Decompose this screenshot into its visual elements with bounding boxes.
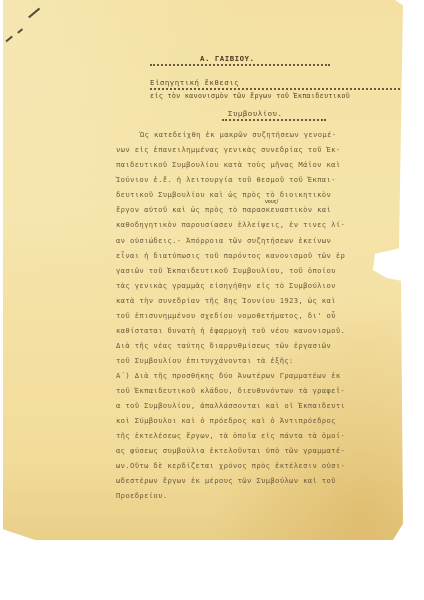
title-line-3: Συμβουλίου. <box>228 109 282 118</box>
author-underline <box>150 64 330 66</box>
body-line: καθοδηγητικὸν παρουσίασεν ἐλλείψεις, ἐν … <box>116 220 345 230</box>
body-line: Προεδρείου. <box>116 491 167 501</box>
body-line: εἶναι ἡ διατύπωσις τοῦ παρόντος κανονισμ… <box>116 251 345 261</box>
body-line: Διὰ τῆς νέας ταύτης διαρρυθμίσεως τῶν ἐρ… <box>116 341 331 351</box>
body-line: ωδεστέρων ἔργων ἐκ μέρους τῶν Συμβούλων … <box>116 476 336 486</box>
body-line: Α΄) Διὰ τῆς προσθήκης δύο Ἀνωτέρων Γραμμ… <box>116 371 341 381</box>
body-line: ων.Οὕτω δὲ κερδίζεται χρόνος πρὸς ἐκτέλε… <box>116 461 345 471</box>
body-line: ἔργον αὐτοῦ καὶ ὡς πρὸς τὸ παρασκευαστικ… <box>116 205 331 215</box>
author-heading: Α. ΓΑΙΒΙΟΥ. <box>200 54 254 63</box>
body-line: Ἰούνιον ἐ.ἔ. ἡ λειτουργία τοῦ θεσμοῦ τοῦ… <box>116 175 336 185</box>
body-line: τῆς ἐκτελέσεως ἔργων, τὰ ὁποῖα εἰς πάντα… <box>116 431 345 441</box>
body-line: α τοῦ Συμβουλίου, ἀπαλλάσσονται καὶ οἱ Ἐ… <box>116 401 345 411</box>
body-line: αν οὐσιώδεις.- Ἀπόρροια τῶν συζητήσεων ἐ… <box>116 236 331 246</box>
body-line: κοὶ Σύμβουλοι καὶ ὁ πρόεδρος καὶ ὁ Ἀντιπ… <box>116 416 336 426</box>
body-line: καθίσταται δυνατὴ ἡ ἐφαρμογὴ τοῦ νέου κα… <box>116 326 345 336</box>
pencil-mark <box>5 36 12 42</box>
body-line: Ὡς κατεδείχθη ἐκ μακρῶν συζητήσεων γενομ… <box>140 130 336 140</box>
title-underline <box>150 88 400 90</box>
pencil-mark <box>28 8 40 18</box>
body-line: τοῦ Συμβουλίου ἐπιτυγχάνονται τὰ ἑξῆς: <box>116 356 294 366</box>
body-line: παιδευτικοῦ Συμβουλίου κατὰ τοὺς μῆνας Μ… <box>116 160 341 170</box>
title-line-1: Εἰσηγητική ἔκθεσις <box>150 78 239 87</box>
body-line: ας φύσεως συμβούλια ἐκτελοῦνται ὑπὸ τῶν … <box>116 446 345 456</box>
title-line-2: εἰς τὸν κανονισμὸν τῶν ἔργων τοῦ Ἐκπαιδε… <box>150 92 350 100</box>
pencil-mark <box>17 28 23 33</box>
body-line: κατὰ τὴν συνεδρίαν τῆς 8ης Ἰουνίου 1923,… <box>116 296 336 306</box>
body-line: νων εἰς ἐπανειλημμένας γενικὰς συνεδρίας… <box>116 145 341 155</box>
body-line: τοῦ ἐπισυνημμένου σχεδίου νομοθετήματος,… <box>116 311 336 321</box>
body-line: τοῦ Ἐκπαιδευτικοῦ κλάδου, διευθυνόντων τ… <box>116 386 345 396</box>
body-line: δευτικοῦ Συμβουλίου καὶ ὡς πρὸς τὸ διοικ… <box>116 190 331 200</box>
title-line-3-underline <box>222 119 326 121</box>
body-line: γασιῶν τοῦ Ἐκπαιδευτικοῦ Συμβουλίου, τοῦ… <box>116 266 336 276</box>
body-line: τὰς γενικὰς γραμμὰς εἰσηγήθην εἰς τὸ Συμ… <box>116 281 336 291</box>
